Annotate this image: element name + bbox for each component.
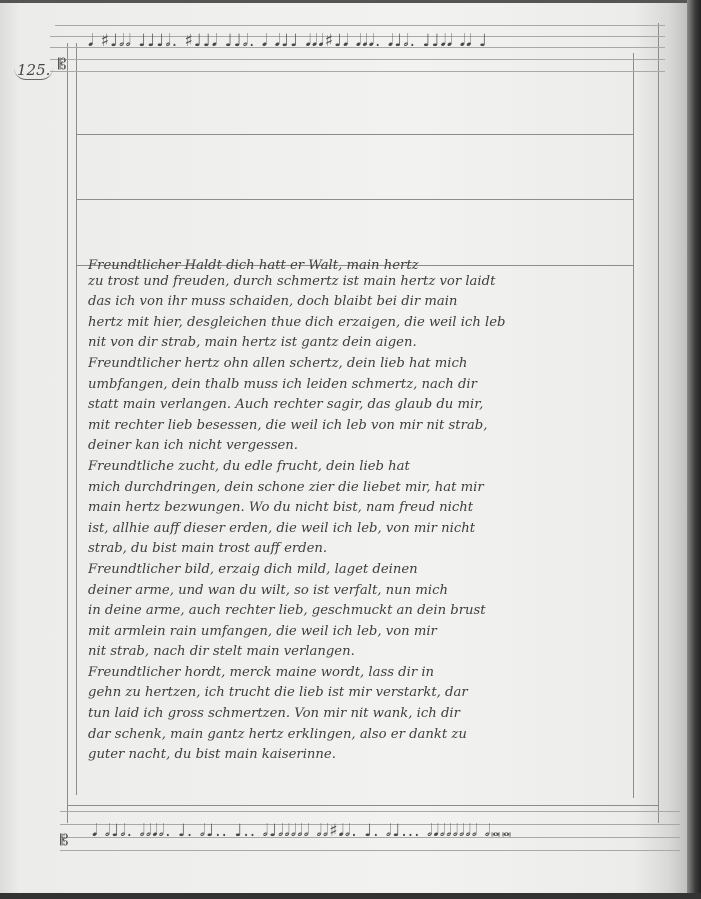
folio-number: 125.	[14, 61, 53, 80]
text-line: zu trost und freuden, durch schmertz ist…	[88, 272, 628, 293]
text-line: in deine arme, auch rechter lieb, geschm…	[88, 601, 628, 622]
text-line: hertz mit hier, desgleichen thue dich er…	[88, 313, 628, 334]
text-line: das ich von ihr muss schaiden, doch blai…	[88, 292, 628, 313]
text-line: main hertz bezwungen. Wo du nicht bist, …	[88, 498, 628, 519]
text-line: Freundtlicher Haldt dich hatt er Walt, m…	[88, 251, 628, 272]
text-line: strab, du bist main trost auff erden.	[88, 539, 628, 560]
frame-bottom-rule	[67, 805, 658, 806]
text-line: mit rechter lieb besessen, die weil ich …	[88, 416, 628, 437]
song-text: Freundtlicher Haldt dich hatt er Walt, m…	[88, 251, 628, 766]
text-line: deiner kan ich nicht vergessen.	[88, 436, 628, 457]
frame-left-rule	[76, 43, 77, 795]
clef-icon: 𝄡	[60, 831, 68, 849]
text-line: Freundtlicher hertz ohn allen schertz, d…	[88, 354, 628, 375]
text-line: mit armlein rain umfangen, die weil ich …	[88, 622, 628, 643]
manuscript-page: 125. 𝄡 𝅘𝅥 ♯♩𝅗𝅥𝅗𝅥 ♩♩♩𝅗𝅥. ♯♩♩𝅘𝅥 ♩♩𝅗𝅥. 𝅘𝅥 𝅘…	[0, 0, 690, 896]
staff-line	[50, 71, 665, 72]
frame-left-outer-rule	[67, 43, 68, 823]
frame-right-outer-rule	[658, 23, 659, 823]
staff-line	[50, 59, 665, 60]
text-line: nit strab, nach dir stelt main verlangen…	[88, 642, 628, 663]
text-line: Freundtlicher hordt, merck maine wordt, …	[88, 663, 628, 684]
staff-line	[60, 811, 680, 812]
text-line: deiner arme, und wan du wilt, so ist ver…	[88, 581, 628, 602]
book-binding-edge	[687, 0, 701, 899]
text-line: umbfangen, dein thalb muss ich leiden sc…	[88, 375, 628, 396]
frame-right-rule	[633, 53, 634, 798]
bottom-music-notation: 𝅘𝅥 𝅗𝅥♩𝅗𝅥. 𝅗𝅥𝅗𝅥𝅘𝅥𝅗𝅥. ♩. 𝅗𝅥♩.. ♩.. 𝅗𝅥♩𝅗𝅥𝅗𝅥…	[92, 821, 602, 841]
page-bottom-edge	[0, 893, 701, 899]
text-line: nit von dir strab, main hertz ist gantz …	[88, 333, 628, 354]
empty-rule	[76, 199, 633, 200]
text-line: statt main verlangen. Auch rechter sagir…	[88, 395, 628, 416]
text-line: Freundtliche zucht, du edle frucht, dein…	[88, 457, 628, 478]
text-line: guter nacht, du bist main kaiserinne.	[88, 745, 628, 766]
staff-line	[55, 25, 665, 26]
text-line: ist, allhie auff dieser erden, die weil …	[88, 519, 628, 540]
top-music-notation: 𝅘𝅥 ♯♩𝅗𝅥𝅗𝅥 ♩♩♩𝅗𝅥. ♯♩♩𝅘𝅥 ♩♩𝅗𝅥. 𝅘𝅥 𝅘𝅥♩♩ 𝅘𝅥𝅘…	[88, 31, 663, 51]
clef-icon: 𝄡	[58, 55, 66, 73]
text-line: tun laid ich gross schmertzen. Von mir n…	[88, 704, 628, 725]
staff-line	[60, 850, 680, 851]
text-line: dar schenk, main gantz hertz erklingen, …	[88, 725, 628, 746]
empty-rule	[76, 134, 633, 135]
text-line: Freundtlicher bild, erzaig dich mild, la…	[88, 560, 628, 581]
text-line: mich durchdringen, dein schone zier die …	[88, 478, 628, 499]
text-line: gehn zu hertzen, ich trucht die lieb ist…	[88, 683, 628, 704]
